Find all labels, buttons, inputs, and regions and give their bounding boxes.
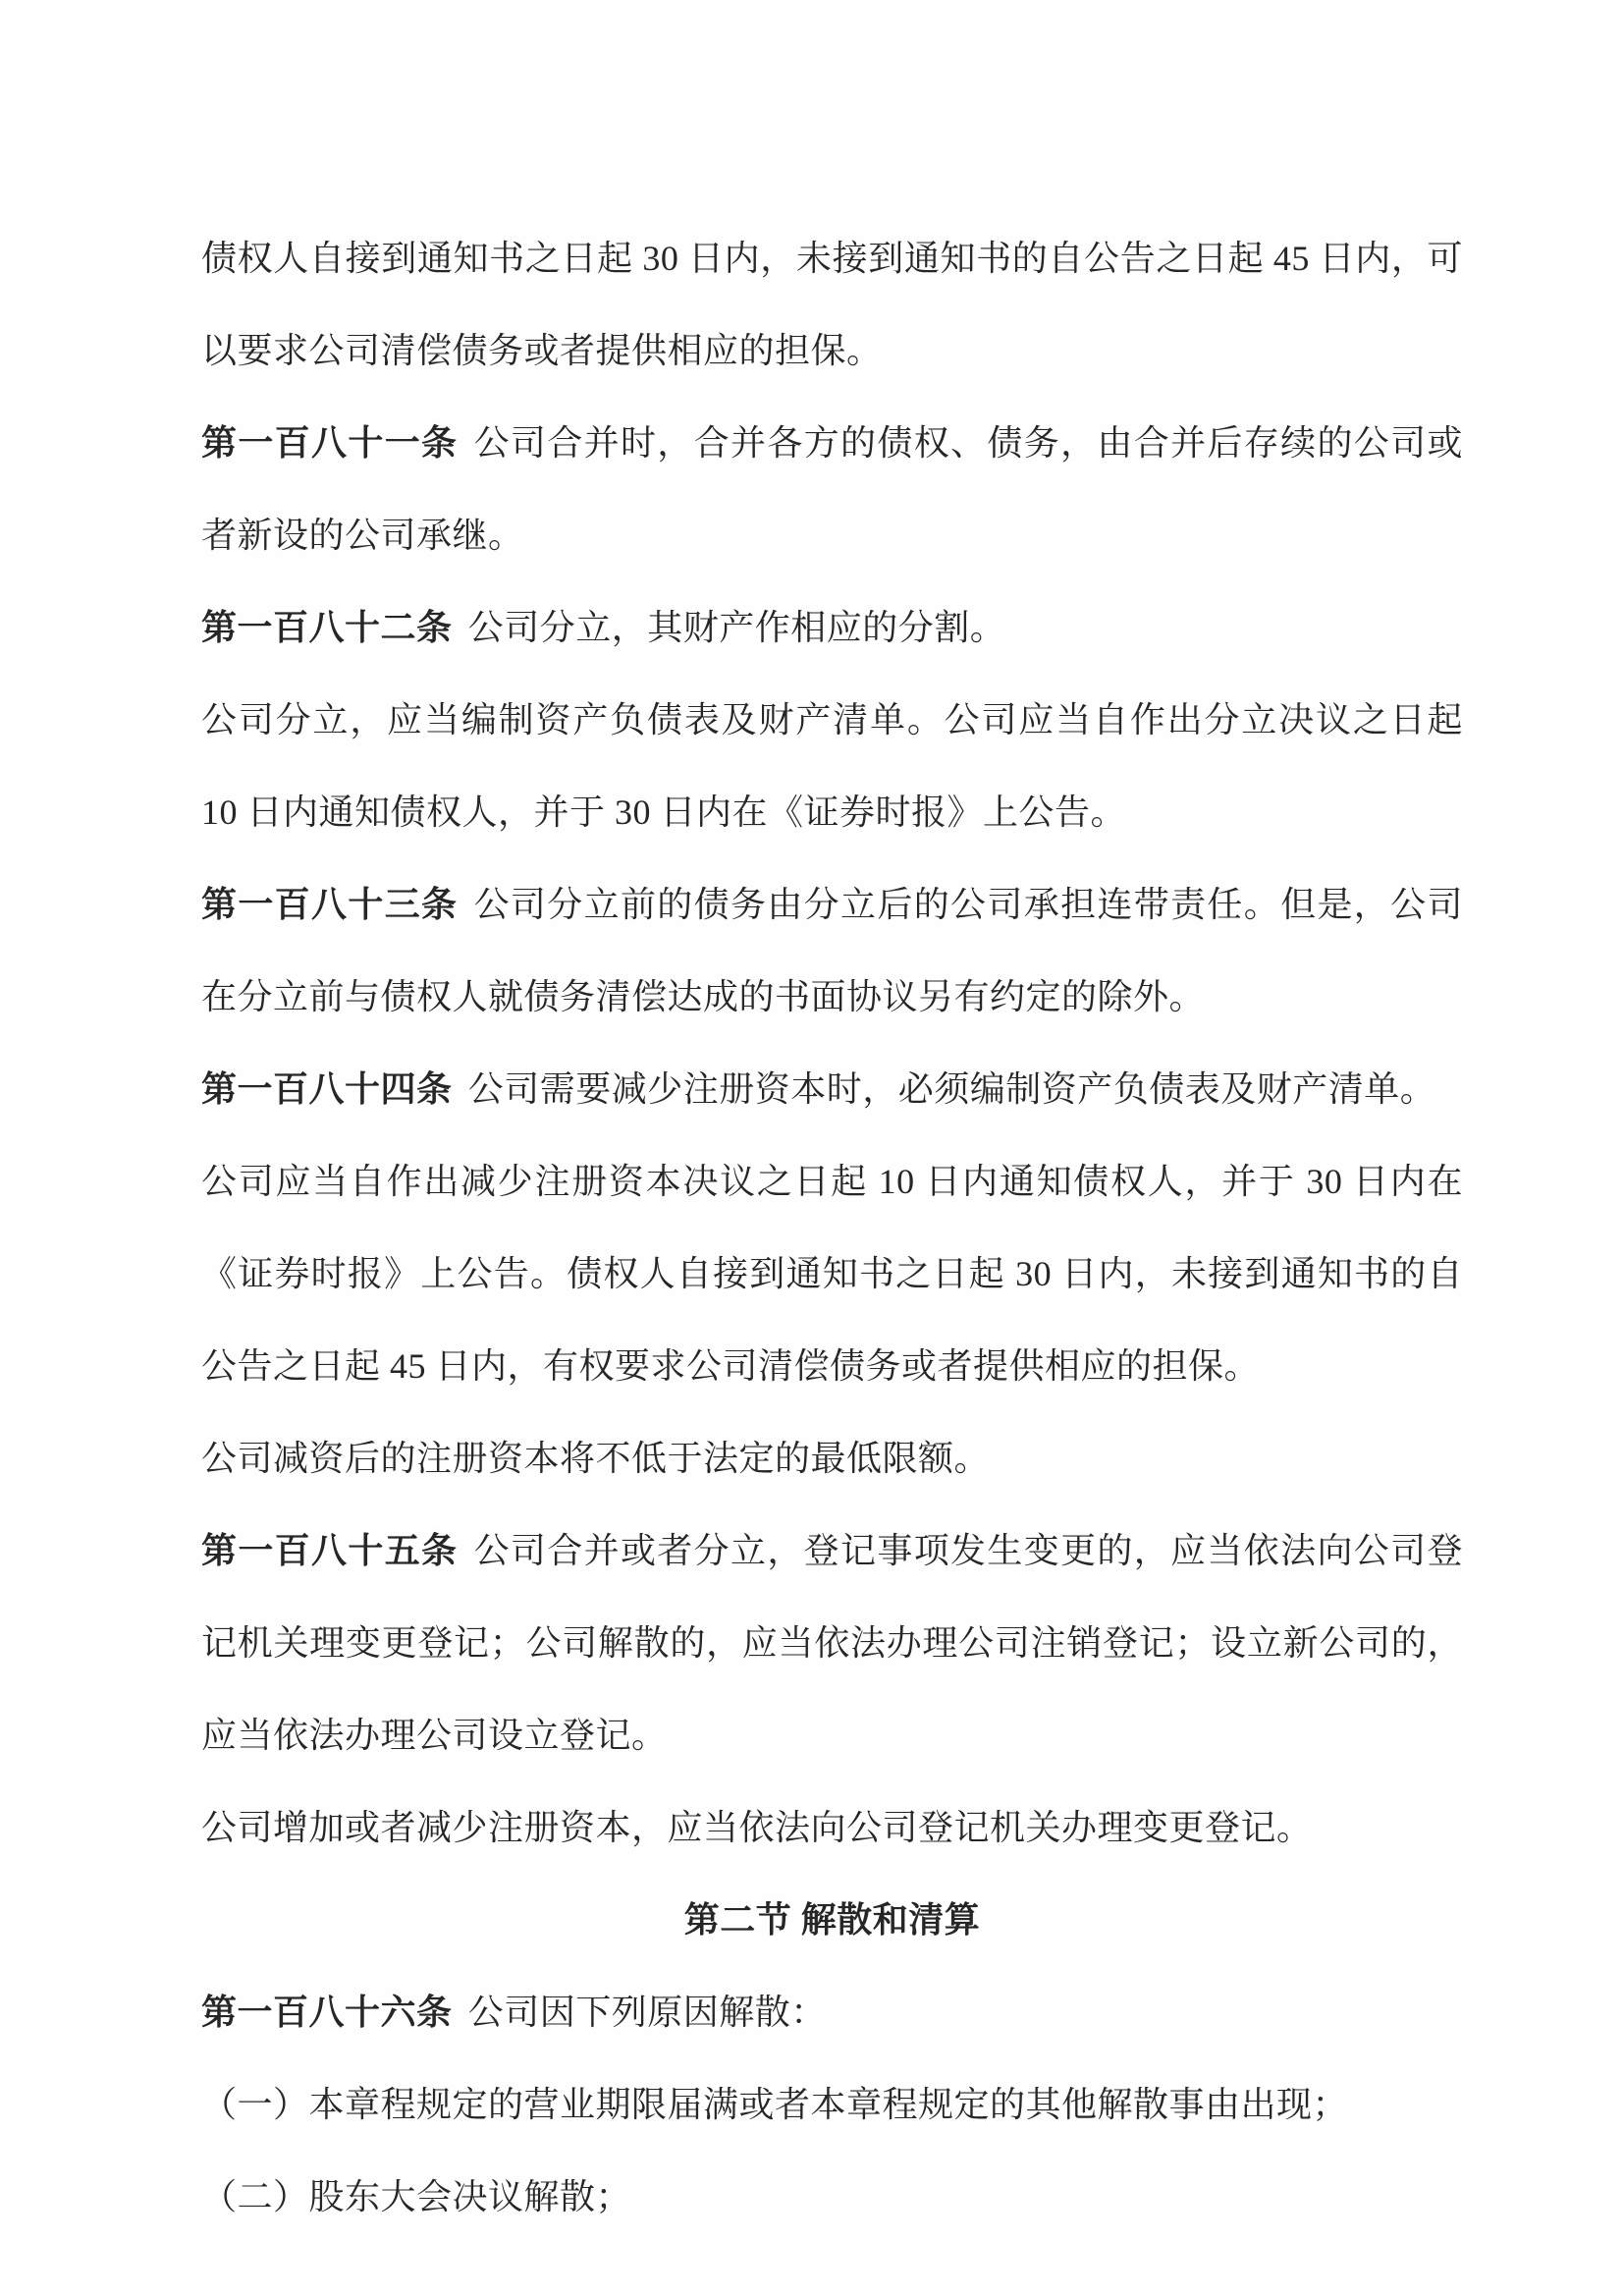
- document-page: 债权人自接到通知书之日起 30 日内，未接到通知书的自公告之日起 45 日内，可…: [0, 0, 1623, 2296]
- article-186-paragraph: 第一百八十六条公司因下列原因解散：: [201, 1966, 1463, 2058]
- paragraph-text: 公司减资后的注册资本将不低于法定的最低限额。: [201, 1439, 990, 1478]
- article-number: 第一百八十一条: [201, 423, 458, 463]
- article-number: 第一百八十四条: [201, 1069, 453, 1109]
- paragraph-text: （二）股东大会决议解散；: [201, 2177, 631, 2216]
- article-number: 第一百八十六条: [201, 1993, 453, 2032]
- paragraph-text: 公司因下列原因解散：: [468, 1993, 827, 2032]
- paragraph-text: 公司分立，其财产作相应的分割。: [468, 608, 1006, 647]
- article-185-paragraph: 第一百八十五条公司合并或者分立，登记事项发生变更的，应当依法向公司登记机关理变更…: [201, 1504, 1463, 1781]
- paragraph-text: （一）本章程规定的营业期限届满或者本章程规定的其他解散事由出现；: [201, 2085, 1348, 2124]
- paragraph-text: 公司分立，应当编制资产负债表及财产清单。公司应当自作出分立决议之日起 10 日内…: [201, 700, 1463, 832]
- article-number: 第一百八十五条: [201, 1531, 458, 1570]
- article-185-clause-2: 公司增加或者减少注册资本，应当依法向公司登记机关办理变更登记。: [201, 1781, 1463, 1874]
- paragraph-text: 债权人自接到通知书之日起 30 日内，未接到通知书的自公告之日起 45 日内，可…: [201, 239, 1463, 370]
- section-heading: 第二节 解散和清算: [201, 1874, 1463, 1966]
- article-183-paragraph: 第一百八十三条公司分立前的债务由分立后的公司承担连带责任。但是，公司在分立前与债…: [201, 858, 1463, 1043]
- article-184-clause-2: 公司应当自作出减少注册资本决议之日起 10 日内通知债权人，并于 30 日内在《…: [201, 1135, 1463, 1412]
- paragraph-text: 公司需要减少注册资本时，必须编制资产负债表及财产清单。: [468, 1069, 1436, 1109]
- paragraph-text: 公司增加或者减少注册资本，应当依法向公司登记机关办理变更登记。: [201, 1808, 1313, 1847]
- paragraph-continuation: 债权人自接到通知书之日起 30 日内，未接到通知书的自公告之日起 45 日内，可…: [201, 212, 1463, 397]
- list-item-1: （一）本章程规定的营业期限届满或者本章程规定的其他解散事由出现；: [201, 2058, 1463, 2151]
- article-184-paragraph: 第一百八十四条公司需要减少注册资本时，必须编制资产负债表及财产清单。: [201, 1043, 1463, 1135]
- article-number: 第一百八十二条: [201, 608, 453, 647]
- article-number: 第一百八十三条: [201, 885, 458, 924]
- article-181-paragraph: 第一百八十一条公司合并时，合并各方的债权、债务，由合并后存续的公司或者新设的公司…: [201, 397, 1463, 581]
- paragraph-text: 公司应当自作出减少注册资本决议之日起 10 日内通知债权人，并于 30 日内在《…: [201, 1162, 1463, 1386]
- list-item-2: （二）股东大会决议解散；: [201, 2151, 1463, 2243]
- article-184-clause-3: 公司减资后的注册资本将不低于法定的最低限额。: [201, 1412, 1463, 1504]
- article-182-clause-2: 公司分立，应当编制资产负债表及财产清单。公司应当自作出分立决议之日起 10 日内…: [201, 674, 1463, 858]
- article-182-paragraph: 第一百八十二条公司分立，其财产作相应的分割。: [201, 581, 1463, 674]
